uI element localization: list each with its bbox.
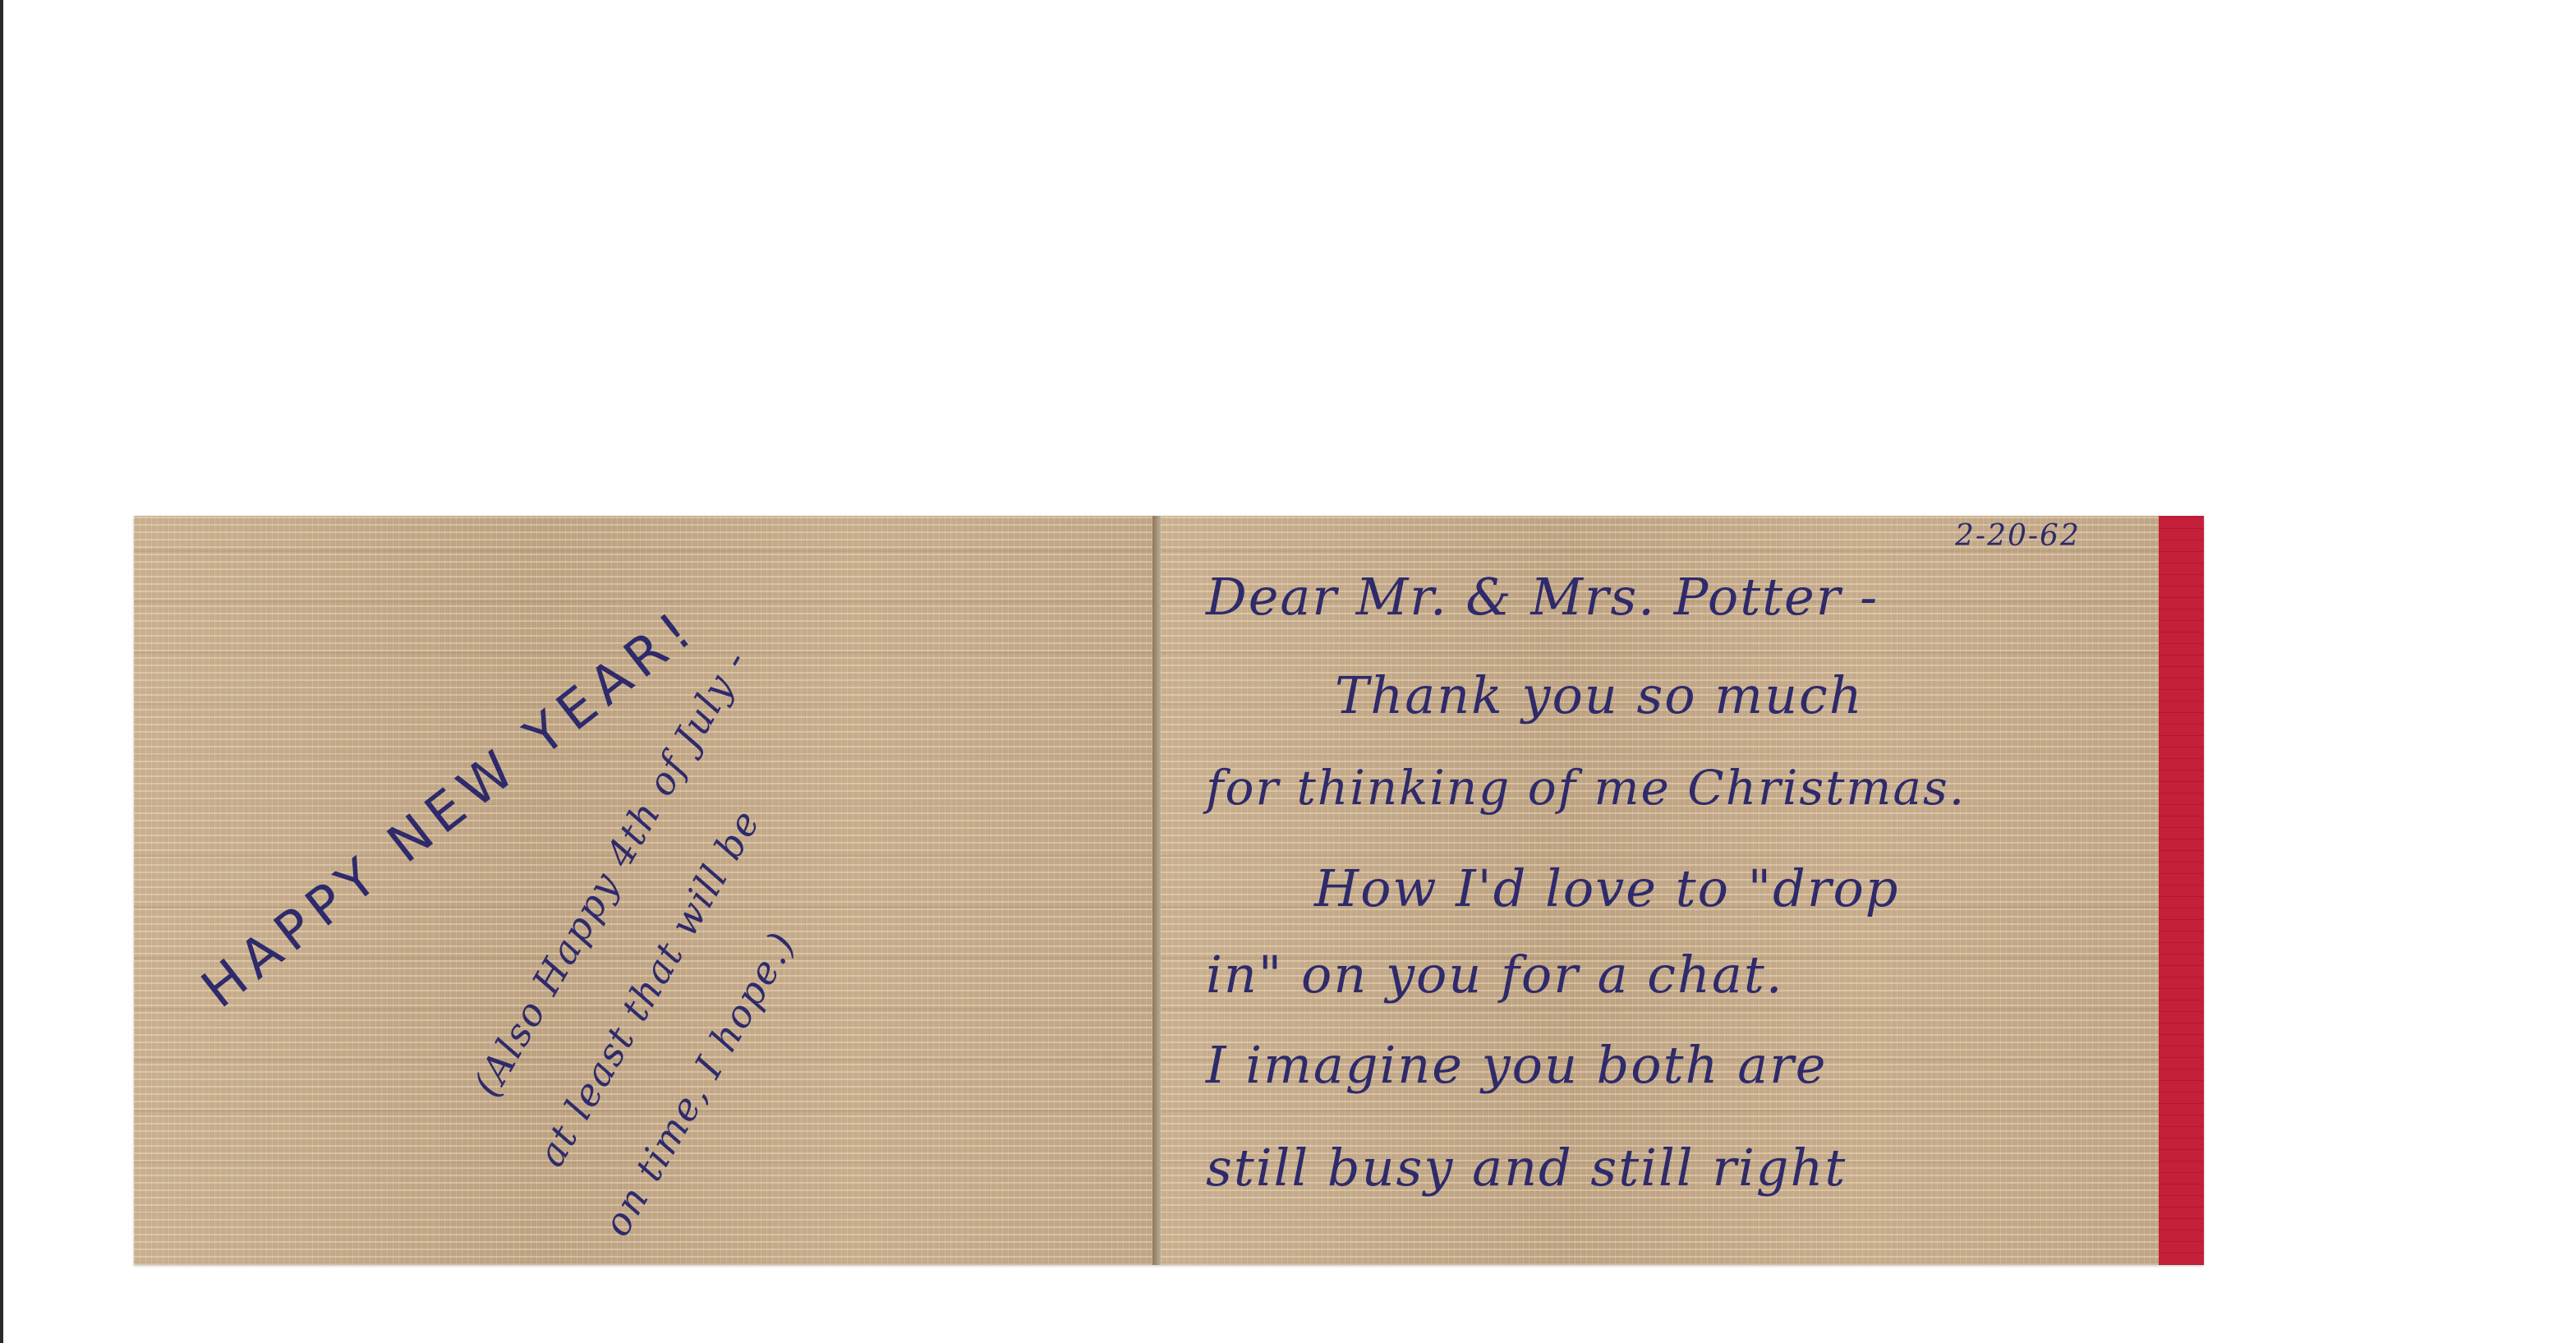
letter-line-4: in" on you for a chat. (1206, 945, 1783, 1005)
letter-line-6: still busy and still right (1206, 1138, 1847, 1198)
scanner-edge (0, 0, 3, 1343)
letter-date: 2-20-62 (1955, 519, 2081, 553)
letter-line-3: How I'd love to "drop (1314, 858, 1900, 918)
card-red-edge (2159, 516, 2204, 1265)
letter-line-5: I imagine you both are (1206, 1035, 1828, 1095)
letter-line-1: Thank you so much (1335, 665, 1864, 725)
letter-line-2: for thinking of me Christmas. (1206, 760, 1966, 816)
letter-salutation: Dear Mr. & Mrs. Potter - (1206, 567, 1879, 627)
